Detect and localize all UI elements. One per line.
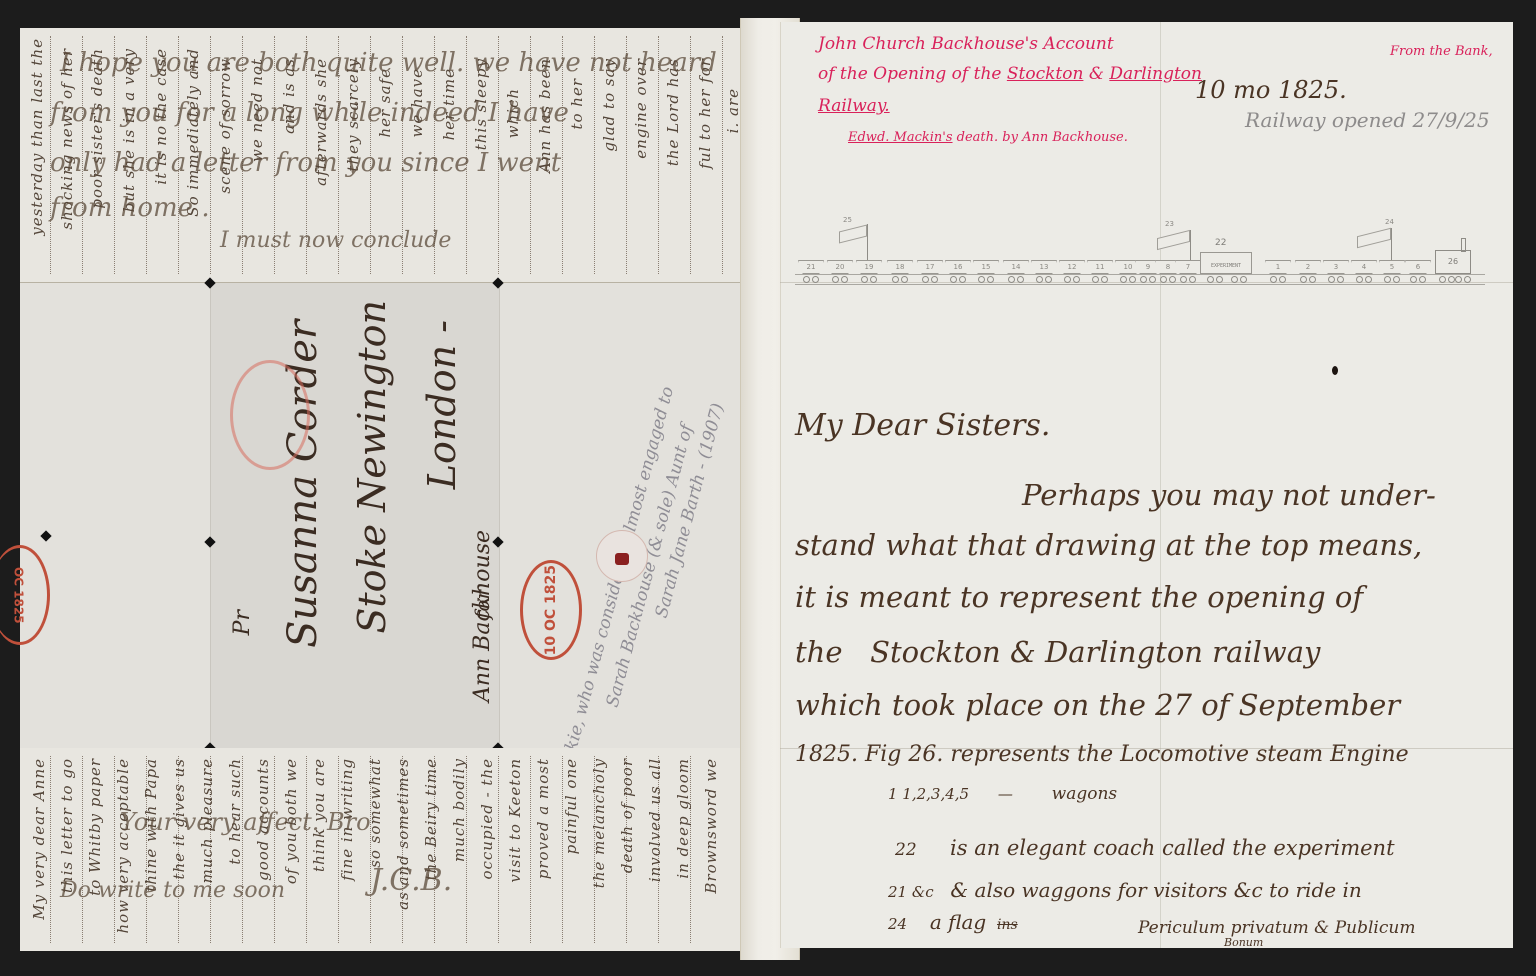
ink-blot (1332, 366, 1338, 375)
flagpole (867, 224, 868, 260)
vertical-line: to Whitby paper (86, 758, 104, 896)
header-subnote: Edwd. Mackin's death. by Ann Backhouse. (848, 130, 1128, 145)
postmark-red: 10 OC 1825 (520, 560, 582, 660)
wagon: 7 (1175, 260, 1201, 274)
vertical-line: My very dear Anne (30, 758, 48, 920)
vertical-line: the melancholy (590, 758, 608, 888)
wagon: 4 (1351, 260, 1377, 274)
legend-number: 22 (895, 840, 917, 860)
flagpole (1391, 228, 1392, 260)
address-prefix: Pr (230, 610, 255, 635)
crossed-line: from home . (50, 193, 210, 223)
fold-line (20, 282, 740, 283)
vertical-line: in deep gloom (674, 758, 692, 879)
body-line: the Stockton & Darlington railway (795, 635, 1320, 669)
crossed-line: I must now conclude (220, 228, 451, 253)
header-subnote-rest: death. by Ann Backhouse. (953, 130, 1128, 145)
coach-experiment: EXPERIMENT (1200, 252, 1252, 274)
wagon: 15 (973, 260, 999, 274)
locomotive-engine: 26 (1435, 250, 1471, 274)
wagon: 18 (887, 260, 913, 274)
header-darlington: Darlington (1109, 64, 1202, 84)
body-line: 1825. Fig 26. represents the Locomotive … (795, 742, 1409, 767)
postmark-faint (230, 360, 310, 470)
crossed-line: I hope you are both quite well. we have … (60, 48, 717, 78)
wagon: 1 (1265, 260, 1291, 274)
flag-number: 25 (843, 216, 852, 224)
vertical-line: involved us all (646, 758, 664, 882)
flag (1357, 228, 1391, 248)
header-text: of the Opening of the (818, 64, 1007, 84)
legend-row: 1 1,2,3,4,5 — wagons (888, 784, 1117, 804)
crossed-line: only had a letter from you since I went (50, 148, 561, 178)
latin-motto: Periculum privatum & Publicum (1138, 918, 1415, 938)
postmark-label: OC 1825 (12, 567, 26, 624)
legend-number: 21 &c (888, 883, 934, 901)
wagon: 17 (917, 260, 943, 274)
wagon: 5 (1379, 260, 1405, 274)
wagon: 13 (1031, 260, 1057, 274)
header-subnote-name: Edwd. Mackin's (848, 130, 953, 145)
vertical-line: how very acceptable (114, 758, 132, 934)
postmark-label: 10 OC 1825 (543, 565, 559, 655)
closing-line: Your very affect. Bro (120, 808, 371, 836)
body-line: stand what that drawing at the top means… (795, 528, 1422, 562)
wagon: 2 (1295, 260, 1321, 274)
wagon: 19 (856, 260, 882, 274)
header-title-line3: Railway. (818, 96, 890, 116)
signature-initials: J.C.B. (370, 863, 452, 898)
crossed-writing-bottom-panel: My very dear Anne this letter to go to W… (20, 748, 740, 951)
header-amp: & (1083, 64, 1109, 84)
body-line: which took place on the 27 of September (795, 688, 1400, 722)
wax-seal (596, 530, 648, 582)
wagon: 14 (1003, 260, 1029, 274)
legend-text: wagons (1052, 784, 1117, 804)
legend-row: 22 is an elegant coach called the experi… (895, 836, 1395, 860)
salutation: My Dear Sisters. (795, 408, 1050, 443)
vertical-line: this letter to go (58, 758, 76, 893)
wagon: 12 (1059, 260, 1085, 274)
flag (1157, 230, 1190, 250)
wagon: 21 (798, 260, 824, 274)
vertical-line: much bodily (450, 758, 468, 862)
body-line: it is meant to represent the opening of (795, 580, 1363, 614)
header-title-line2: of the Opening of the Stockton & Darling… (818, 64, 1202, 84)
train-drawing: 21 20 19 18 17 16 15 14 13 12 11 10 9 8 … (795, 230, 1485, 290)
latin-motto-sub: Bonum (1224, 936, 1263, 949)
body-line: Perhaps you may not under- (1022, 478, 1436, 512)
vertical-line: to her (568, 78, 586, 130)
wagon: 11 (1087, 260, 1113, 274)
vertical-line: painful one (562, 758, 580, 854)
vertical-line: yesterday than last the (28, 38, 46, 236)
vertical-line: death of poor (618, 758, 636, 873)
crossed-line: from you for a long while indeed I have (50, 98, 569, 128)
legend-struck: ins (997, 917, 1018, 933)
vertical-line: proved a most (534, 758, 552, 879)
vertical-line: visit to Keeton (506, 758, 524, 883)
header-title-line1: John Church Backhouse's Account (818, 34, 1114, 54)
wagon: 3 (1323, 260, 1349, 274)
header-stockton: Stockton (1007, 64, 1084, 84)
coach-number: 22 (1215, 238, 1226, 248)
letter-date: 10 mo 1825. (1195, 76, 1347, 104)
vertical-line: occupied - the (478, 758, 496, 880)
address-city: London - (420, 320, 464, 489)
legend-text: a flag (930, 910, 986, 934)
sender-name: Ann Backhouse (470, 530, 495, 702)
engine-chimney (1461, 238, 1466, 252)
header-corner-note: From the Bank, (1390, 44, 1493, 59)
legend-row: 24 a flag ins (888, 910, 1018, 934)
wagon: 20 (827, 260, 853, 274)
closing-line: Do write to me soon (60, 878, 285, 903)
vertical-line: Brownsword we (702, 758, 720, 894)
legend-number: 1 1,2,3,4,5 (888, 785, 969, 803)
flagpole (1190, 230, 1191, 260)
legend-text: & also waggons for visitors &c to ride i… (950, 878, 1361, 902)
pencil-date-note: Railway opened 27/9/25 (1245, 108, 1490, 132)
wagon: 6 (1405, 260, 1431, 274)
address-street: Stoke Newington (350, 300, 394, 634)
legend-row: 21 &c & also waggons for visitors &c to … (888, 878, 1362, 902)
flag-number: 23 (1165, 220, 1174, 228)
legend-text: is an elegant coach called the experimen… (950, 836, 1394, 860)
flag-number: 24 (1385, 218, 1394, 226)
legend-dash: — (998, 785, 1013, 803)
vertical-line: i. are (724, 88, 740, 133)
legend-number: 24 (888, 915, 907, 933)
wagon: 16 (945, 260, 971, 274)
crossed-writing-top-panel: yesterday than last the shocking news of… (20, 28, 740, 282)
